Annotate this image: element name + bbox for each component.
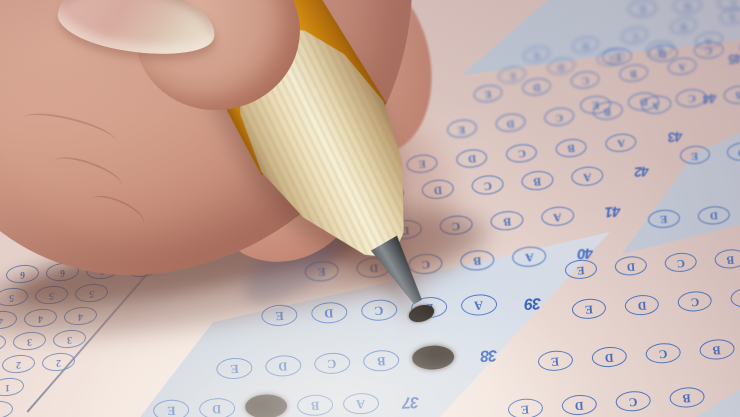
answer-bubble: C (471, 174, 505, 196)
answer-bubble: B (521, 170, 555, 192)
question-number: 45 (725, 50, 740, 67)
answer-bubble: A (667, 56, 698, 77)
answer-sheet-photo: 666665555444333222110 47ABCDE46ABCDE45AB… (0, 0, 740, 417)
adjacent-answer-row: EDCB (507, 386, 705, 417)
answer-bubble: A (570, 165, 604, 187)
answer-bubble: C (505, 143, 538, 164)
id-grid-bubble: 1 (0, 377, 24, 397)
answer-bubble: E (537, 350, 573, 372)
answer-bubble: C (675, 88, 707, 108)
answer-bubble: B (714, 248, 740, 269)
answer-bubble: D (614, 255, 647, 276)
adjacent-answer-row: EDCB (564, 248, 740, 280)
adjacent-answer-row: EDCB (571, 287, 740, 320)
answer-bubble: C (677, 290, 712, 312)
adjacent-answer-row: EDCB (579, 85, 740, 115)
answer-bubble: B (490, 210, 525, 232)
answer-bubble: B (592, 100, 624, 122)
answer-bubble: B (618, 63, 649, 84)
answer-bubble: D (591, 346, 627, 368)
answer-bubble: C (645, 342, 681, 364)
answer-bubble: A (605, 132, 638, 153)
id-grid-bubble: 3 (0, 333, 6, 353)
answer-bubble: A (640, 94, 672, 116)
answer-bubble: C (664, 252, 697, 273)
answer-bubble: E (579, 95, 611, 115)
answer-bubble: D (455, 148, 488, 169)
answer-bubble: E (571, 298, 606, 320)
question-number: 43 (664, 128, 687, 146)
answer-bubble: D (561, 394, 597, 416)
id-grid-bubble: 0 (0, 400, 13, 417)
answer-bubble: D (521, 76, 552, 97)
answer-bubble: B (730, 287, 740, 309)
answer-bubble: C (615, 390, 651, 412)
answer-bubble: D (495, 112, 527, 134)
answer-bubble: E (472, 83, 503, 104)
answer-bubble: C (543, 106, 575, 128)
answer-bubble: B (699, 338, 735, 360)
answer-row: 44ABCDE (446, 88, 721, 139)
answer-bubble: B (669, 386, 705, 408)
answer-bubble: E (446, 118, 478, 140)
answer-bubble: C (570, 70, 601, 91)
answer-row: 43ABCDE (406, 127, 687, 174)
question-number: 41 (601, 202, 624, 221)
answer-bubble: E (507, 398, 543, 417)
id-grid-bubble: 2 (2, 354, 36, 374)
answer-bubble: B (723, 85, 740, 105)
question-number: 44 (699, 90, 721, 107)
answer-bubble: B (555, 138, 588, 159)
answer-bubble: D (624, 294, 659, 316)
adjacent-answer-row: EDCB (537, 338, 735, 372)
answer-bubble: D (627, 92, 659, 112)
answer-bubble: A (540, 205, 575, 227)
question-number: 42 (630, 163, 653, 181)
